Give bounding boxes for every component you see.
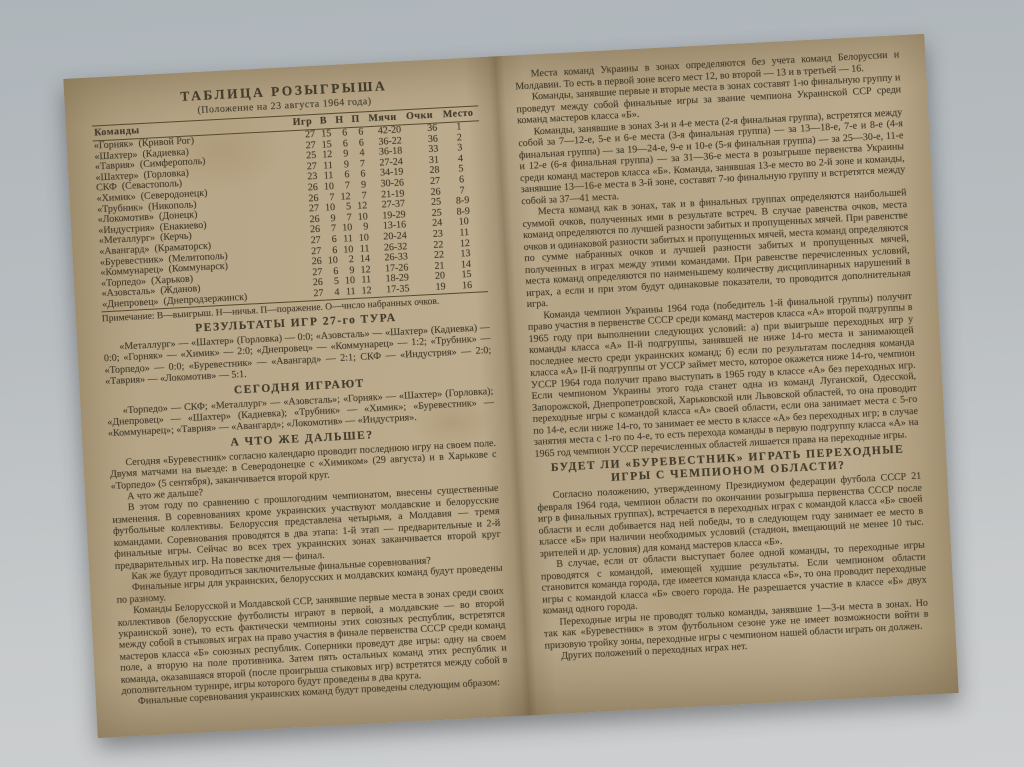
standings-table: Команды Игр В Н П Мячи Очки Место «Горня [92, 105, 488, 311]
col-draws: Н [331, 113, 348, 129]
team-city: (Коммунарск) [168, 261, 228, 275]
photo-background: ТАБЛИЦА РОЗЫГРЫША (Положение на 23 авгус… [0, 0, 1024, 767]
page-left: ТАБЛИЦА РОЗЫГРЫША (Положение на 23 авгус… [63, 56, 528, 738]
games-cell: 27 [298, 289, 325, 301]
place-cell: 16 [446, 280, 488, 293]
finals-paragraphs: Места команд Украины в зонах определяютс… [514, 49, 919, 460]
draws-cell: 11 [340, 287, 357, 299]
col-losses: П [347, 112, 364, 128]
paragraph: Места команд как в зонах, так и в финаль… [522, 187, 912, 311]
losses-cell: 12 [356, 286, 373, 298]
col-wins: В [315, 114, 332, 130]
whats-next-paragraphs: Сегодня «Буревестник» согласно календарю… [109, 438, 509, 709]
points-cell: 19 [410, 282, 447, 295]
team-name: «Днепровец» [102, 296, 159, 310]
wins-cell: 4 [324, 288, 341, 300]
page-right: Места команд Украины в зонах определяютс… [494, 34, 959, 716]
paragraph: Команда чемпион Украины 1964 года (побед… [527, 290, 919, 459]
transition-games-paragraphs: Согласно положению, утвержденному Презид… [537, 471, 931, 663]
goals-cell: 17-35 [372, 284, 410, 297]
programme-booklet: ТАБЛИЦА РОЗЫГРЫША (Положение на 23 авгус… [63, 34, 958, 738]
